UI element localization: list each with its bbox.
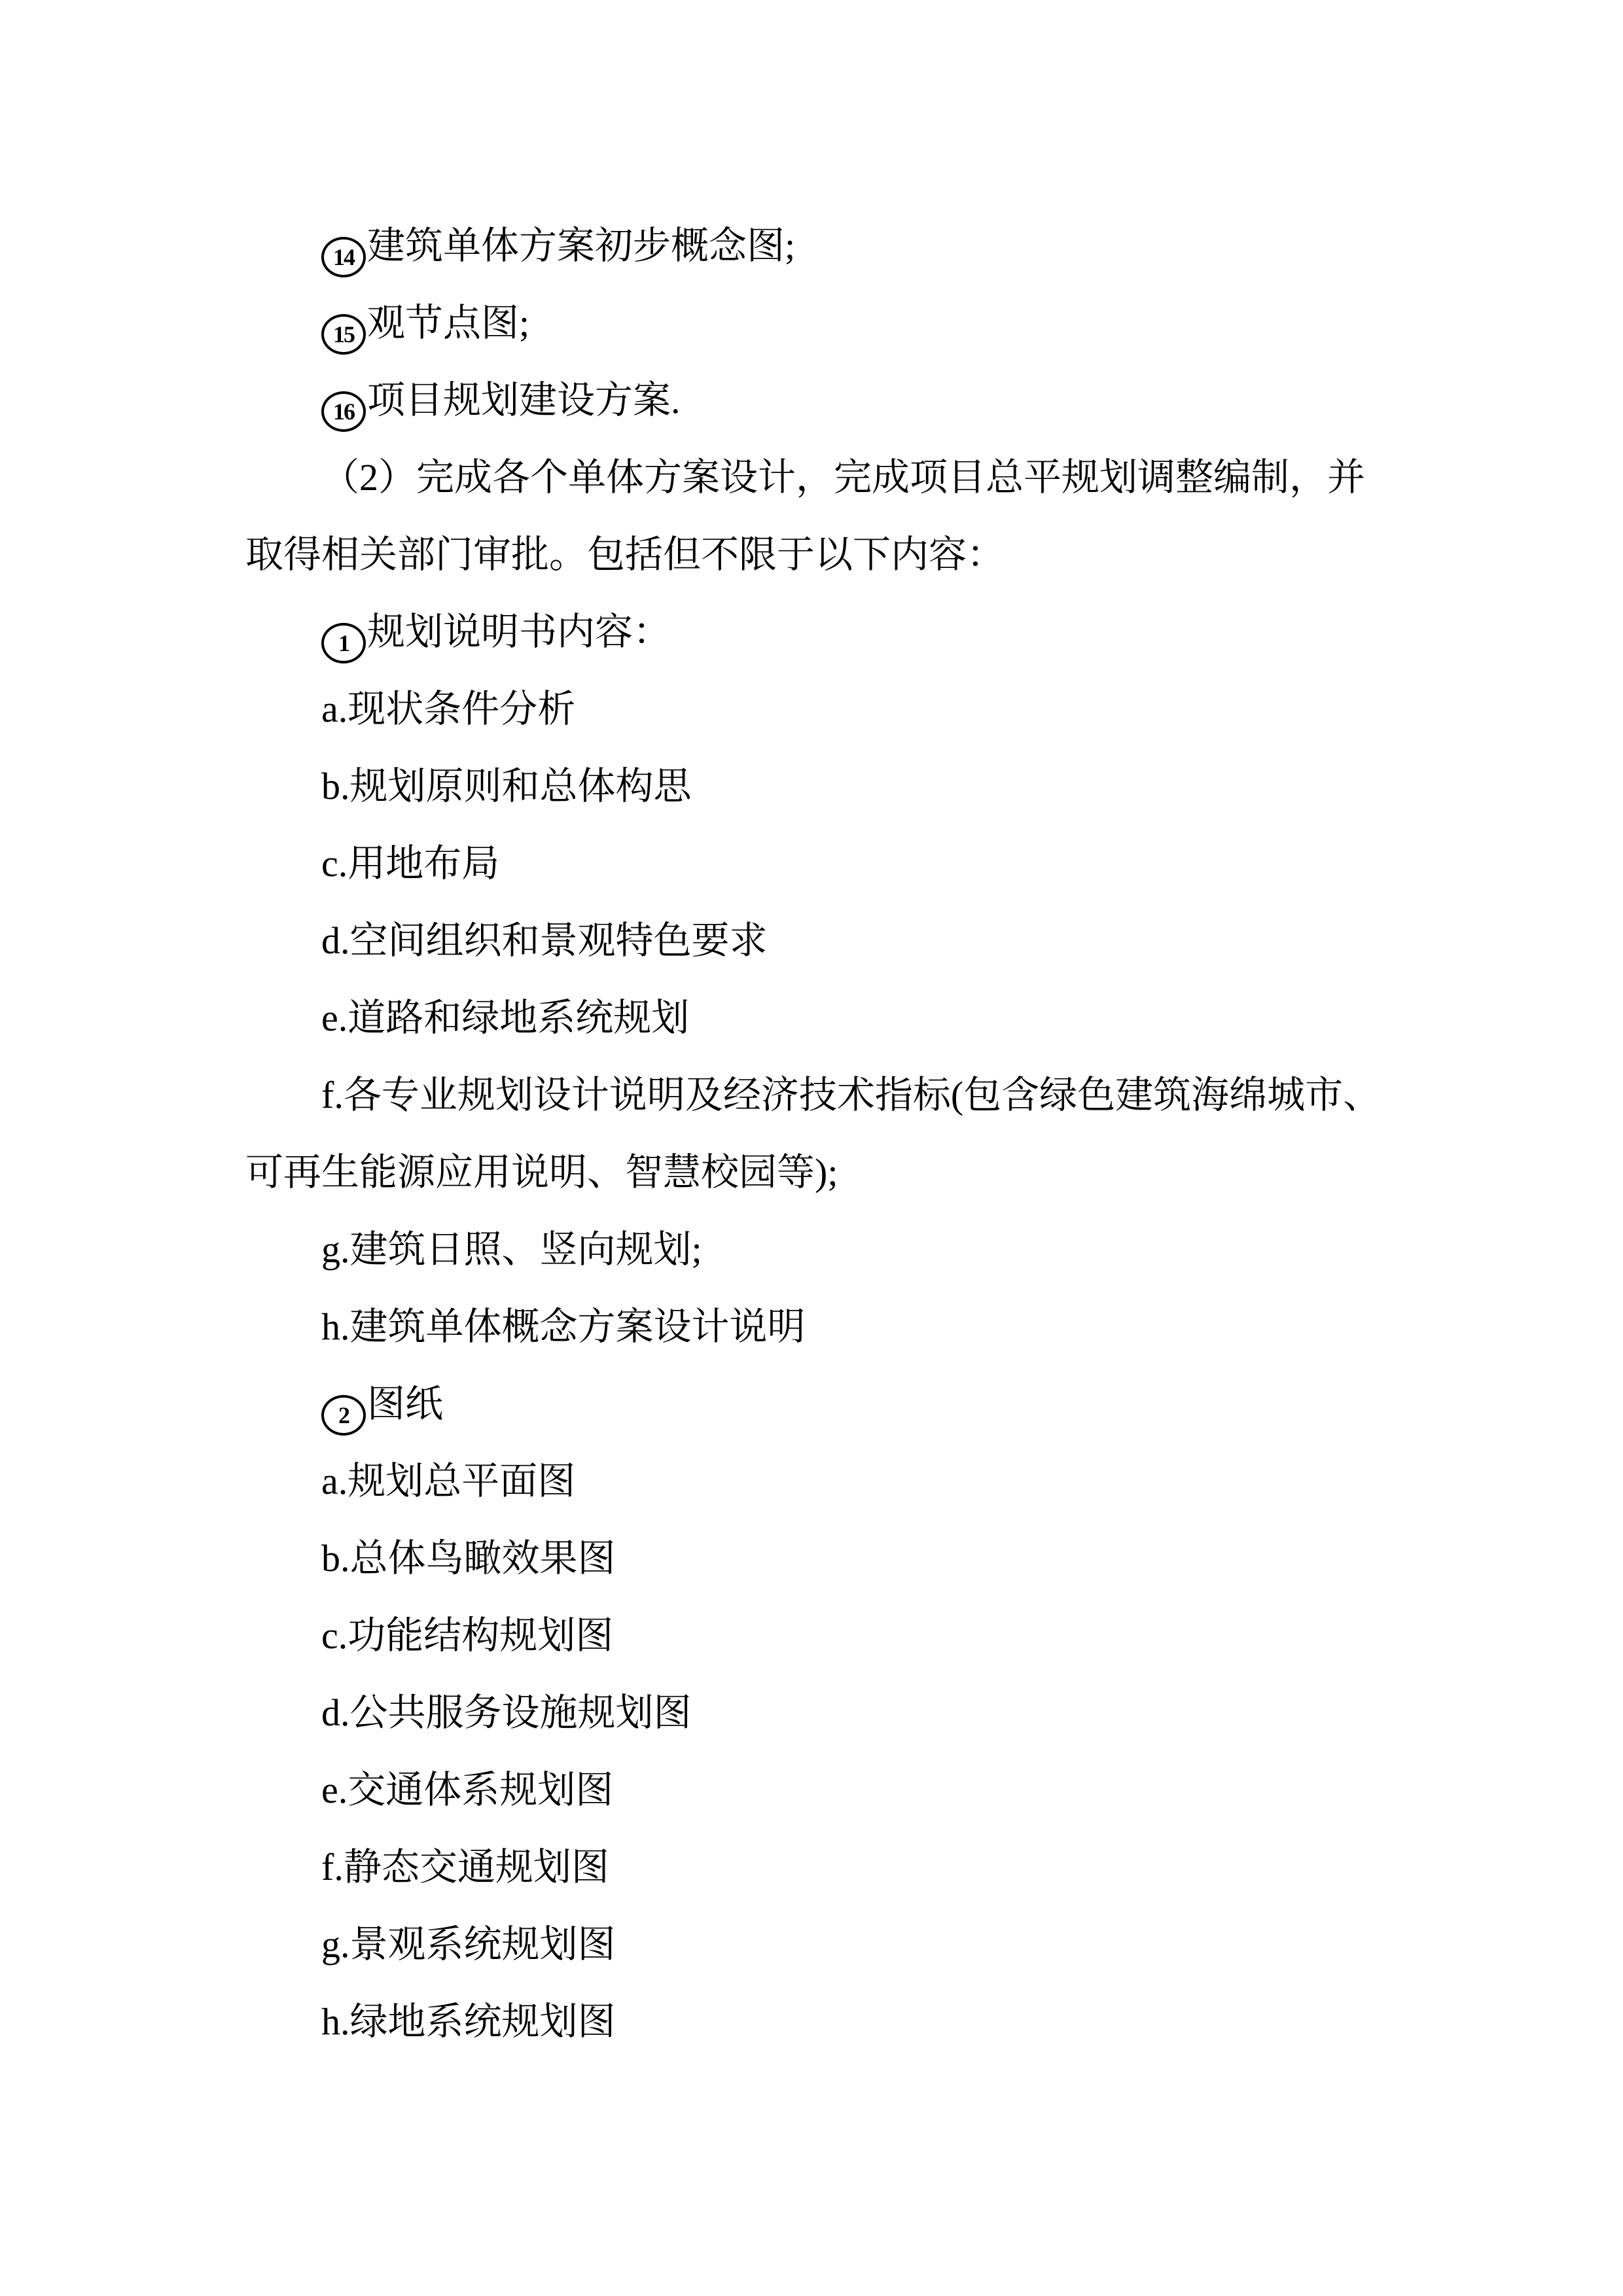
- list-item-text: 观节点图;: [367, 302, 529, 344]
- list-item-text: f.各专业规划设计说明及经济技术指标(包含绿色建筑海绵城市、: [321, 1074, 1381, 1116]
- list-item-c2: c.功能结构规划图: [245, 1597, 1378, 1674]
- list-item-text: c.功能结构规划图: [321, 1614, 613, 1657]
- list-item-h2: h.绿地系统规划图: [245, 1983, 1378, 2060]
- list-item-d: d.空间组织和景观特色要求: [245, 902, 1378, 980]
- list-item-d2: d.公共服务设施规划图: [245, 1674, 1378, 1752]
- circled-number-15: 15: [321, 314, 366, 355]
- list-item-text: e.交通体系规划图: [321, 1769, 613, 1811]
- list-item-text: e.道路和绿地系统规划: [321, 997, 689, 1039]
- list-item-14: 14建筑单体方案初步概念图;: [245, 207, 1378, 285]
- list-item-g: g.建筑日照、竖向规划;: [245, 1211, 1378, 1288]
- list-item-text: d.空间组织和景观特色要求: [321, 919, 768, 962]
- list-item-h: h.建筑单体概念方案设计说明: [245, 1288, 1378, 1366]
- list-item-text: 可再生能源应用说明、智慧校园等);: [245, 1151, 838, 1193]
- list-item-text: b.规划原则和总体构思: [321, 765, 692, 807]
- list-item-b2: b.总体鸟瞰效果图: [245, 1520, 1378, 1597]
- list-item-f-continuation: 可再生能源应用说明、智慧校园等);: [245, 1134, 1378, 1211]
- list-item-text: 图纸: [367, 1383, 443, 1425]
- list-item-2: 2图纸: [245, 1366, 1378, 1443]
- list-item-e: e.道路和绿地系统规划: [245, 980, 1378, 1057]
- list-item-text: 项目规划建设方案.: [367, 379, 681, 421]
- list-item-g2: g.景观系统规划图: [245, 1906, 1378, 1983]
- list-item-text: a.现状条件分析: [321, 688, 575, 730]
- list-item-text: h.绿地系统规划图: [321, 2000, 616, 2043]
- list-item-e2: e.交通体系规划图: [245, 1752, 1378, 1829]
- paragraph-line: （2）完成各个单体方案设计，完成项目总平规划调整编制，并: [245, 439, 1378, 516]
- paragraph-text: 取得相关部门审批。包括但不限于以下内容：: [245, 533, 1005, 576]
- list-item-text: 规划说明书内容：: [367, 610, 671, 653]
- list-item-text: d.公共服务设施规划图: [321, 1691, 692, 1734]
- list-item-text: f.静态交通规划图: [321, 1846, 609, 1888]
- circled-number-16: 16: [321, 391, 366, 432]
- list-item-a: a.现状条件分析: [245, 671, 1378, 748]
- list-item-f2: f.静态交通规划图: [245, 1829, 1378, 1906]
- list-item-text: h.建筑单体概念方案设计说明: [321, 1305, 806, 1348]
- list-item-text: b.总体鸟瞰效果图: [321, 1537, 616, 1580]
- paragraph-line: 取得相关部门审批。包括但不限于以下内容：: [245, 516, 1378, 593]
- list-item-text: 建筑单体方案初步概念图;: [367, 224, 795, 267]
- list-item-c: c.用地布局: [245, 825, 1378, 902]
- list-item-f: f.各专业规划设计说明及经济技术指标(包含绿色建筑海绵城市、: [245, 1057, 1378, 1134]
- list-item-16: 16项目规划建设方案.: [245, 362, 1378, 439]
- list-item-15: 15观节点图;: [245, 285, 1378, 362]
- circled-number-2: 2: [321, 1395, 366, 1436]
- circled-number-14: 14: [321, 237, 366, 277]
- circled-number-1: 1: [321, 623, 366, 663]
- list-item-b: b.规划原则和总体构思: [245, 748, 1378, 825]
- list-item-text: a.规划总平面图: [321, 1460, 575, 1502]
- list-item-text: c.用地布局: [321, 842, 499, 885]
- list-item-text: g.建筑日照、竖向规划;: [321, 1228, 702, 1271]
- paragraph-text: （2）完成各个单体方案设计，完成项目总平规划调整编制，并: [321, 456, 1365, 499]
- list-item-a2: a.规划总平面图: [245, 1443, 1378, 1520]
- document-page: 14建筑单体方案初步概念图; 15观节点图; 16项目规划建设方案. （2）完成…: [0, 0, 1623, 2296]
- list-item-1: 1规划说明书内容：: [245, 593, 1378, 671]
- list-item-text: g.景观系统规划图: [321, 1923, 616, 1966]
